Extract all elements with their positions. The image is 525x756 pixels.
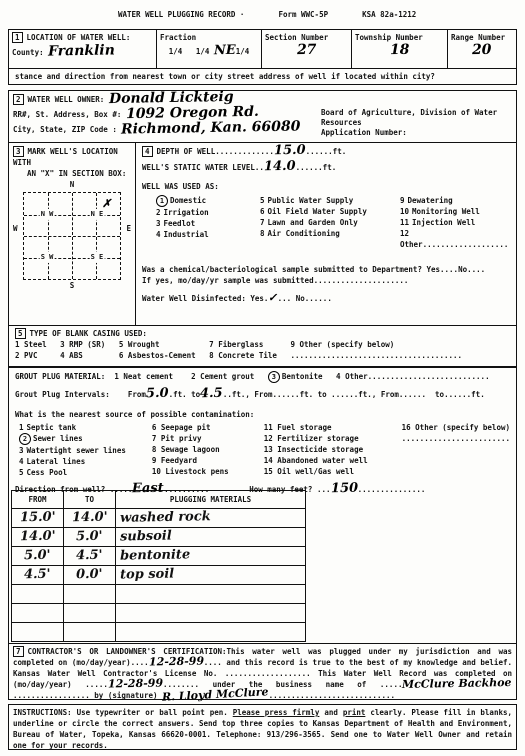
used-as-option: 5Public Water Supply	[260, 195, 400, 206]
township-cell: Township Number 18	[352, 30, 448, 68]
section-1-number: 1	[12, 32, 23, 43]
contamination-option: 1Septic tank	[19, 422, 152, 433]
option-number: 8	[260, 228, 265, 239]
option-label: Lawn and Garden Only	[268, 218, 358, 227]
option-number: 7	[260, 217, 265, 228]
grout-material-post: Bentonite 4 Other.......................…	[282, 372, 490, 381]
owner-label: WATER WELL OWNER:	[28, 95, 105, 104]
plugging-materials-table: FROM TO PLUGGING MATERIALS 15.0' 14.0' w…	[11, 490, 306, 642]
option-label: Dewatering	[408, 196, 453, 205]
depth-value: 15.0	[274, 151, 306, 152]
option-number: 2	[156, 207, 161, 218]
option-number: 4	[19, 456, 24, 467]
agency-line1: Board of Agriculture, Division of Water …	[321, 108, 511, 128]
grid-line	[24, 258, 120, 259]
depth-pre: DEPTH OF WELL.............	[157, 147, 274, 156]
quadrant-ne-label: N E	[90, 208, 105, 219]
material-value: top soil	[120, 569, 174, 581]
grout-material-pre: GROUT PLUG MATERIAL: 1 Neat cement 2 Cem…	[15, 372, 268, 381]
fraction-cell: Fraction 1/4 1/4 NE1/4	[157, 30, 262, 68]
option-number: 5	[19, 467, 24, 478]
static-level-value: 14.0	[264, 167, 296, 168]
contamination-title: What is the nearest source of possible c…	[15, 409, 510, 420]
fraction-pre: 1/4 1/4	[169, 47, 214, 56]
contamination-options: 1Septic tank 2Sewer lines 3Watertight se…	[15, 422, 510, 478]
section-4-number: 4	[142, 146, 153, 157]
certification-text-5: ............................	[269, 691, 395, 700]
county-value: Franklin	[48, 50, 115, 51]
section-3-number: 3	[13, 146, 24, 157]
option-label: Sewer lines	[33, 434, 83, 443]
to-value: 14.0'	[72, 512, 108, 524]
contamination-other-dots: ........................	[402, 433, 510, 444]
from-value: 15.0'	[20, 512, 56, 524]
table-row	[12, 585, 306, 604]
section-2-number: 2	[13, 94, 24, 105]
option-label: Air Conditioning	[268, 229, 340, 238]
disinfected-pre: Water Well Disinfected: Yes.	[142, 294, 268, 303]
casing-options-row2: 2 PVC 4 ABS 6 Asbestos-Cement 8 Concrete…	[15, 350, 510, 361]
grout-material-line: GROUT PLUG MATERIAL: 1 Neat cement 2 Cem…	[15, 371, 510, 383]
used-as-option: 3Feedlot	[156, 218, 260, 229]
contamination-option: 9 Feedyard	[152, 455, 264, 466]
compass-west-label: W	[13, 223, 18, 234]
feet-post: ...............	[358, 485, 426, 494]
city-label: City, State, ZIP Code :	[13, 125, 117, 134]
table-row	[12, 604, 306, 623]
section-4-well-data: 4DEPTH OF WELL.............15.0......ft.…	[136, 142, 517, 326]
casing-options-row1: 1 Steel 3 RMP (SR) 5 Wrought 7 Fiberglas…	[15, 339, 510, 350]
distance-note: stance and direction from nearest town o…	[8, 68, 517, 85]
option-label: Domestic	[170, 196, 206, 205]
quadrant-se-label: S E	[90, 251, 105, 262]
sample-if-yes: If yes, mo/day/yr sample was submitted..…	[142, 275, 510, 286]
used-as-option: 8Air Conditioning	[260, 228, 400, 239]
option-number: 10	[400, 206, 409, 217]
form-header: WATER WELL PLUGGING RECORD · Form WWC-5P…	[0, 0, 525, 29]
quadrant-nw-label: N W	[40, 208, 55, 219]
agency-block: Board of Agriculture, Division of Water …	[321, 108, 511, 138]
quadrant-sw-label: S W	[40, 251, 55, 262]
intervals-pre: Grout Plug Intervals: From	[15, 390, 146, 399]
option-number: 9	[400, 195, 405, 206]
fraction-label: Fraction	[160, 32, 258, 43]
option-label: Irrigation	[164, 208, 209, 217]
table-row: 4.5' 0.0' top soil	[12, 566, 306, 585]
direction-pre: Direction from well? .....	[15, 485, 132, 494]
compass-east-label: E	[126, 223, 131, 234]
contamination-option: 10 Livestock pens	[152, 466, 264, 477]
contamination-option: 16 Other (specify below)	[402, 422, 510, 433]
grout-intervals-line: Grout Plug Intervals: From5.0.ft. to4.5.…	[15, 389, 510, 400]
grout-material-circled-number: 3	[268, 371, 280, 383]
disinfected-post: ... No......	[278, 294, 332, 303]
contamination-option: 12 Fertilizer storage	[264, 433, 402, 444]
used-as-option: 1Domestic	[156, 195, 260, 207]
instructions-underlined-2: print	[343, 708, 366, 717]
contamination-option: 4Lateral lines	[19, 456, 152, 467]
option-label: Cess Pool	[27, 468, 68, 477]
option-number: 3	[156, 218, 161, 229]
option-label: Industrial	[164, 230, 209, 239]
option-number: 5	[260, 195, 265, 206]
completed-date-value: 12-28-99	[149, 662, 204, 663]
address-label: RR#, St. Address, Box #:	[13, 110, 121, 119]
contamination-option: 14 Abandoned water well	[264, 455, 402, 466]
city-value: Richmond, Kan. 66080	[121, 126, 300, 129]
record-date-value: 12-28-99	[108, 684, 163, 685]
table-row: 5.0' 4.5' bentonite	[12, 547, 306, 566]
from-value: 5.0'	[24, 550, 51, 561]
used-as-option: 4Industrial	[156, 229, 260, 240]
used-as-option: 12Other...................	[400, 228, 510, 250]
used-as-options: 1Domestic 2Irrigation 3Feedlot 4Industri…	[156, 195, 510, 250]
contamination-option: 8 Sewage lagoon	[152, 444, 264, 455]
material-value: subsoil	[120, 531, 172, 543]
depth-post: ......ft.	[306, 147, 347, 156]
option-label: Monitoring Well	[412, 207, 480, 216]
contamination-option: 5Cess Pool	[19, 467, 152, 478]
material-value: washed rock	[120, 511, 211, 524]
direction-post: ..........	[164, 485, 209, 494]
section-number-cell: Section Number 27	[262, 30, 352, 68]
section-1-location: 1LOCATION OF WATER WELL: County: Frankli…	[8, 29, 517, 69]
option-number: 1	[19, 422, 24, 433]
feet-pre: How many feet? ...	[249, 485, 330, 494]
intervals-post: ..ft., From......ft. to ......ft., From.…	[223, 390, 485, 399]
section-5-title: TYPE OF BLANK CASING USED:	[30, 329, 147, 338]
option-number: 11	[400, 217, 409, 228]
contamination-option: 7 Pit privy	[152, 433, 264, 444]
used-as-option: 6Oil Field Water Supply	[260, 206, 400, 217]
section-1-title: LOCATION OF WATER WELL:	[27, 33, 131, 42]
county-label: County:	[12, 48, 44, 57]
direction-value: East	[132, 489, 164, 490]
form-statute: KSA 82a-1212	[362, 9, 416, 29]
fraction-value: 1/4 1/4 NE1/4	[160, 46, 258, 57]
signature-value: R. Lloyd McClure	[162, 692, 268, 698]
compass-north-label: N	[13, 179, 131, 190]
option-number: 12	[400, 228, 409, 239]
option-number: 1	[156, 195, 168, 207]
section-3-location-box: 3MARK WELL'S LOCATION WITH AN "X" IN SEC…	[8, 142, 136, 326]
option-label: Lateral lines	[27, 457, 86, 466]
option-label: Other...................	[400, 240, 508, 249]
used-as-option: 7Lawn and Garden Only	[260, 217, 400, 228]
instructions-block: INSTRUCTIONS: Use typewriter or ball poi…	[8, 704, 517, 750]
to-value: 4.5'	[76, 550, 103, 561]
option-label: Oil Field Water Supply	[268, 207, 367, 216]
used-as-option: 11Injection Well	[400, 217, 510, 228]
address-value: 1092 Oregon Rd.	[126, 112, 259, 114]
option-label: Watertight sewer lines	[27, 446, 126, 455]
contamination-option: 13 Insecticide storage	[264, 444, 402, 455]
compass-south-label: S	[13, 280, 131, 291]
used-as-option: 10Monitoring Well	[400, 206, 510, 217]
to-value: 5.0'	[76, 531, 103, 542]
option-number: 4	[156, 229, 161, 240]
section-grid-diagram: N W N E S W S E ✗	[23, 192, 121, 280]
grout-contamination-section: GROUT PLUG MATERIAL: 1 Neat cement 2 Cem…	[8, 366, 517, 489]
section-2-owner: 2WATER WELL OWNER: Donald Lickteig RR#, …	[8, 90, 517, 143]
instructions-underlined-1: Please press firmly	[233, 708, 320, 717]
fraction-post: 1/4	[236, 47, 250, 56]
static-level-pre: WELL'S STATIC WATER LEVEL..	[142, 163, 264, 172]
location-cell: 1LOCATION OF WATER WELL: County: Frankli…	[9, 30, 157, 68]
instructions-text-1: INSTRUCTIONS: Use typewriter or ball poi…	[13, 708, 233, 717]
contamination-option: 6 Seepage pit	[152, 422, 264, 433]
option-number: 6	[260, 206, 265, 217]
contamination-option: 15 Oil well/Gas well	[264, 466, 402, 477]
used-as-title: WELL WAS USED AS:	[142, 181, 510, 192]
form-title: WATER WELL PLUGGING RECORD ·	[118, 9, 244, 29]
option-number: 2	[19, 433, 31, 445]
plugging-table-region: FROM TO PLUGGING MATERIALS 15.0' 14.0' w…	[8, 488, 517, 644]
well-location-x-mark: ✗	[102, 199, 111, 209]
option-label: Septic tank	[27, 423, 77, 432]
used-as-option: 9Dewatering	[400, 195, 510, 206]
option-label: Injection Well	[412, 218, 475, 227]
owner-value: Donald Lickteig	[109, 97, 234, 99]
instructions-text-2: and	[319, 708, 342, 717]
from-value: 14.0'	[20, 531, 56, 543]
material-value: bentonite	[120, 549, 190, 561]
section-3-title-line1: MARK WELL'S LOCATION WITH	[13, 147, 118, 167]
table-row: 15.0' 14.0' washed rock	[12, 509, 306, 528]
certification-text-3: ........ under the business name of ....…	[163, 680, 403, 689]
water-well-plugging-record-form: WATER WELL PLUGGING RECORD · Form WWC-5P…	[0, 0, 525, 756]
option-number: 3	[19, 445, 24, 456]
table-row: 14.0' 5.0' subsoil	[12, 528, 306, 547]
intervals-mid: .ft. to	[169, 390, 201, 399]
section-7-number: 7	[13, 646, 24, 657]
business-name-value: McClure Backhoe	[402, 683, 511, 685]
option-label: Public Water Supply	[268, 196, 354, 205]
contamination-option: 11 Fuel storage	[264, 422, 402, 433]
section-5-casing: 5TYPE OF BLANK CASING USED: 1 Steel 3 RM…	[8, 325, 517, 367]
grid-line	[24, 215, 120, 216]
grid-line	[24, 236, 120, 237]
range-cell: Range Number 20	[448, 30, 516, 68]
section-7-certification: 7CONTRACTOR'S OR LANDOWNER'S CERTIFICATI…	[8, 643, 517, 700]
static-level-post: ......ft.	[296, 163, 337, 172]
form-number: Form WWC-5P	[278, 9, 328, 29]
section-3-title-line2: AN "X" IN SECTION BOX:	[27, 168, 131, 179]
option-label: Feedlot	[164, 219, 196, 228]
to-value: 0.0'	[76, 569, 103, 580]
sample-question: Was a chemical/bacteriological sample su…	[142, 264, 510, 275]
used-as-option: 2Irrigation	[156, 207, 260, 218]
agency-line2: Application Number:	[321, 128, 511, 138]
from-value: 4.5'	[24, 569, 51, 580]
contamination-option: 2Sewer lines	[19, 433, 152, 445]
certification-text-4: ................. by (signature)	[13, 691, 162, 700]
table-row	[12, 623, 306, 642]
contamination-option: 3Watertight sewer lines	[19, 445, 152, 456]
section-5-number: 5	[15, 328, 26, 339]
